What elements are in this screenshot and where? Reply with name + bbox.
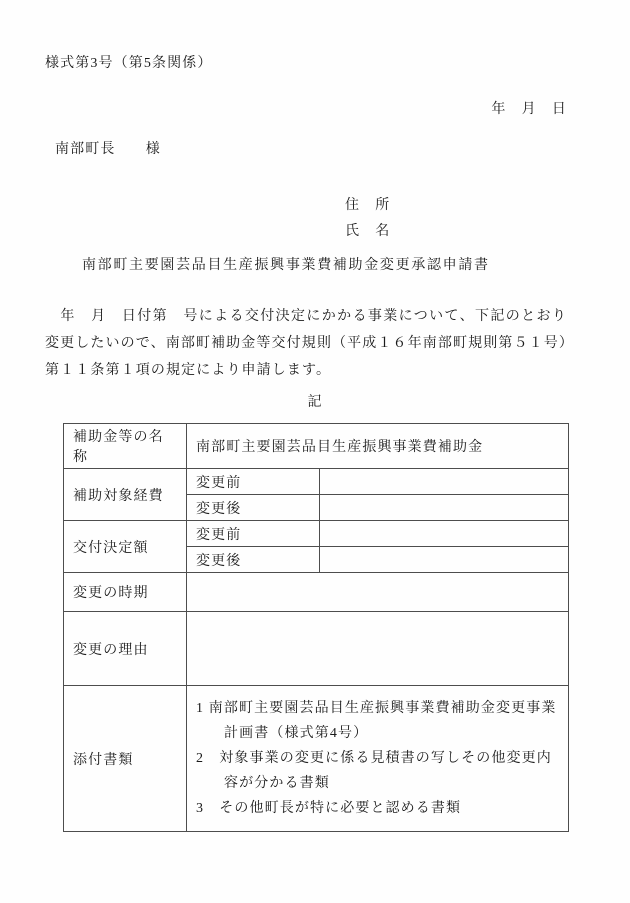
addressee: 南部町長 様 [55,138,161,158]
document-page: 様式第3号（第5条関係） 年 月 日 南部町長 様 住 所 氏 名 南部町主要園… [0,0,630,903]
record-mark: 記 [0,391,630,411]
change-time-value [187,573,569,612]
table-row-attachments: 添付書類 1 南部町主要園芸品目生産振興事業費補助金変更事業計画書（様式第4号）… [64,686,569,832]
expense-after-label: 変更後 [187,495,320,521]
attachments-list: 1 南部町主要園芸品目生産振興事業費補助金変更事業計画書（様式第4号） 2 対象… [187,686,569,832]
expense-before-label: 変更前 [187,469,320,495]
application-table: 補助金等の名称 南部町主要園芸品目生産振興事業費補助金 補助対象経費 変更前 変… [63,423,569,832]
change-reason-label: 変更の理由 [64,612,187,686]
attachment-item: 3 その他町長が特に必要と認める書類 [196,796,559,821]
grant-amount-label: 交付決定額 [64,521,187,573]
document-title: 南部町主要園芸品目生産振興事業費補助金変更承認申請書 [82,254,490,274]
address-label: 住 所 [345,193,390,219]
expense-before-value [320,469,569,495]
body-paragraph: 年 月 日付第 号による交付決定にかかる事業について、下記のとおり変更したいので… [45,303,567,384]
subsidy-name-value: 南部町主要園芸品目生産振興事業費補助金 [187,424,569,469]
applicant-block: 住 所 氏 名 [345,193,390,245]
grant-before-value [320,521,569,547]
table-row-subsidy-name: 補助金等の名称 南部町主要園芸品目生産振興事業費補助金 [64,424,569,469]
table-row-grant-before: 交付決定額 変更前 [64,521,569,547]
attachment-item: 2 対象事業の変更に係る見積書の写しその他変更内容が分かる書類 [196,746,559,796]
target-expense-label: 補助対象経費 [64,469,187,521]
change-time-label: 変更の時期 [64,573,187,612]
attachment-item: 1 南部町主要園芸品目生産振興事業費補助金変更事業計画書（様式第4号） [196,696,559,746]
form-number: 様式第3号（第5条関係） [45,52,212,72]
grant-before-label: 変更前 [187,521,320,547]
date-line: 年 月 日 [491,98,567,118]
table-row-change-reason: 変更の理由 [64,612,569,686]
attachments-label: 添付書類 [64,686,187,832]
name-label: 氏 名 [345,219,390,245]
table-row-change-time: 変更の時期 [64,573,569,612]
subsidy-name-label: 補助金等の名称 [64,424,187,469]
table-row-expense-before: 補助対象経費 変更前 [64,469,569,495]
expense-after-value [320,495,569,521]
grant-after-label: 変更後 [187,547,320,573]
grant-after-value [320,547,569,573]
change-reason-value [187,612,569,686]
